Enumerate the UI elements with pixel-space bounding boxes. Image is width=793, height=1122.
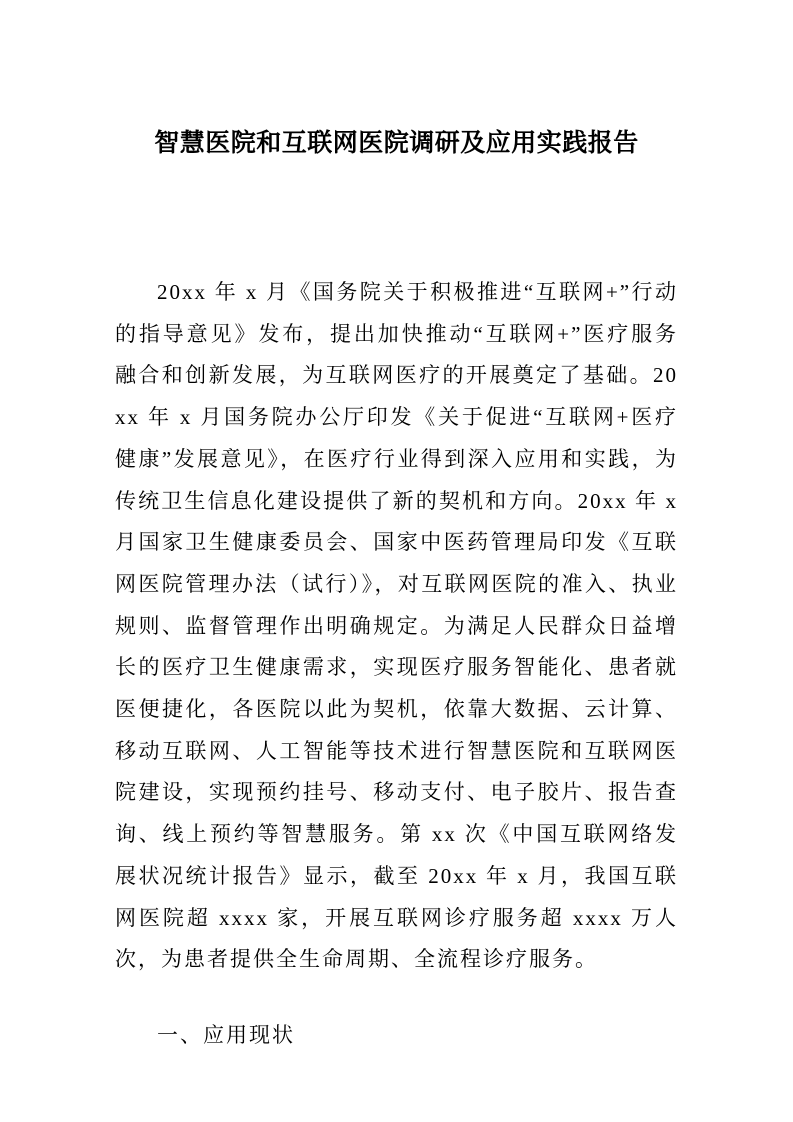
intro-paragraph: 20xx 年 x 月《国务院关于积极推进“互联网+”行动的指导意见》发布，提出加… [115,272,678,981]
document-title: 智慧医院和互联网医院调研及应用实践报告 [115,126,678,162]
section-heading-application-status: 一、应用现状 [115,1015,678,1057]
document-page: 智慧医院和互联网医院调研及应用实践报告 20xx 年 x 月《国务院关于积极推进… [0,0,793,1122]
